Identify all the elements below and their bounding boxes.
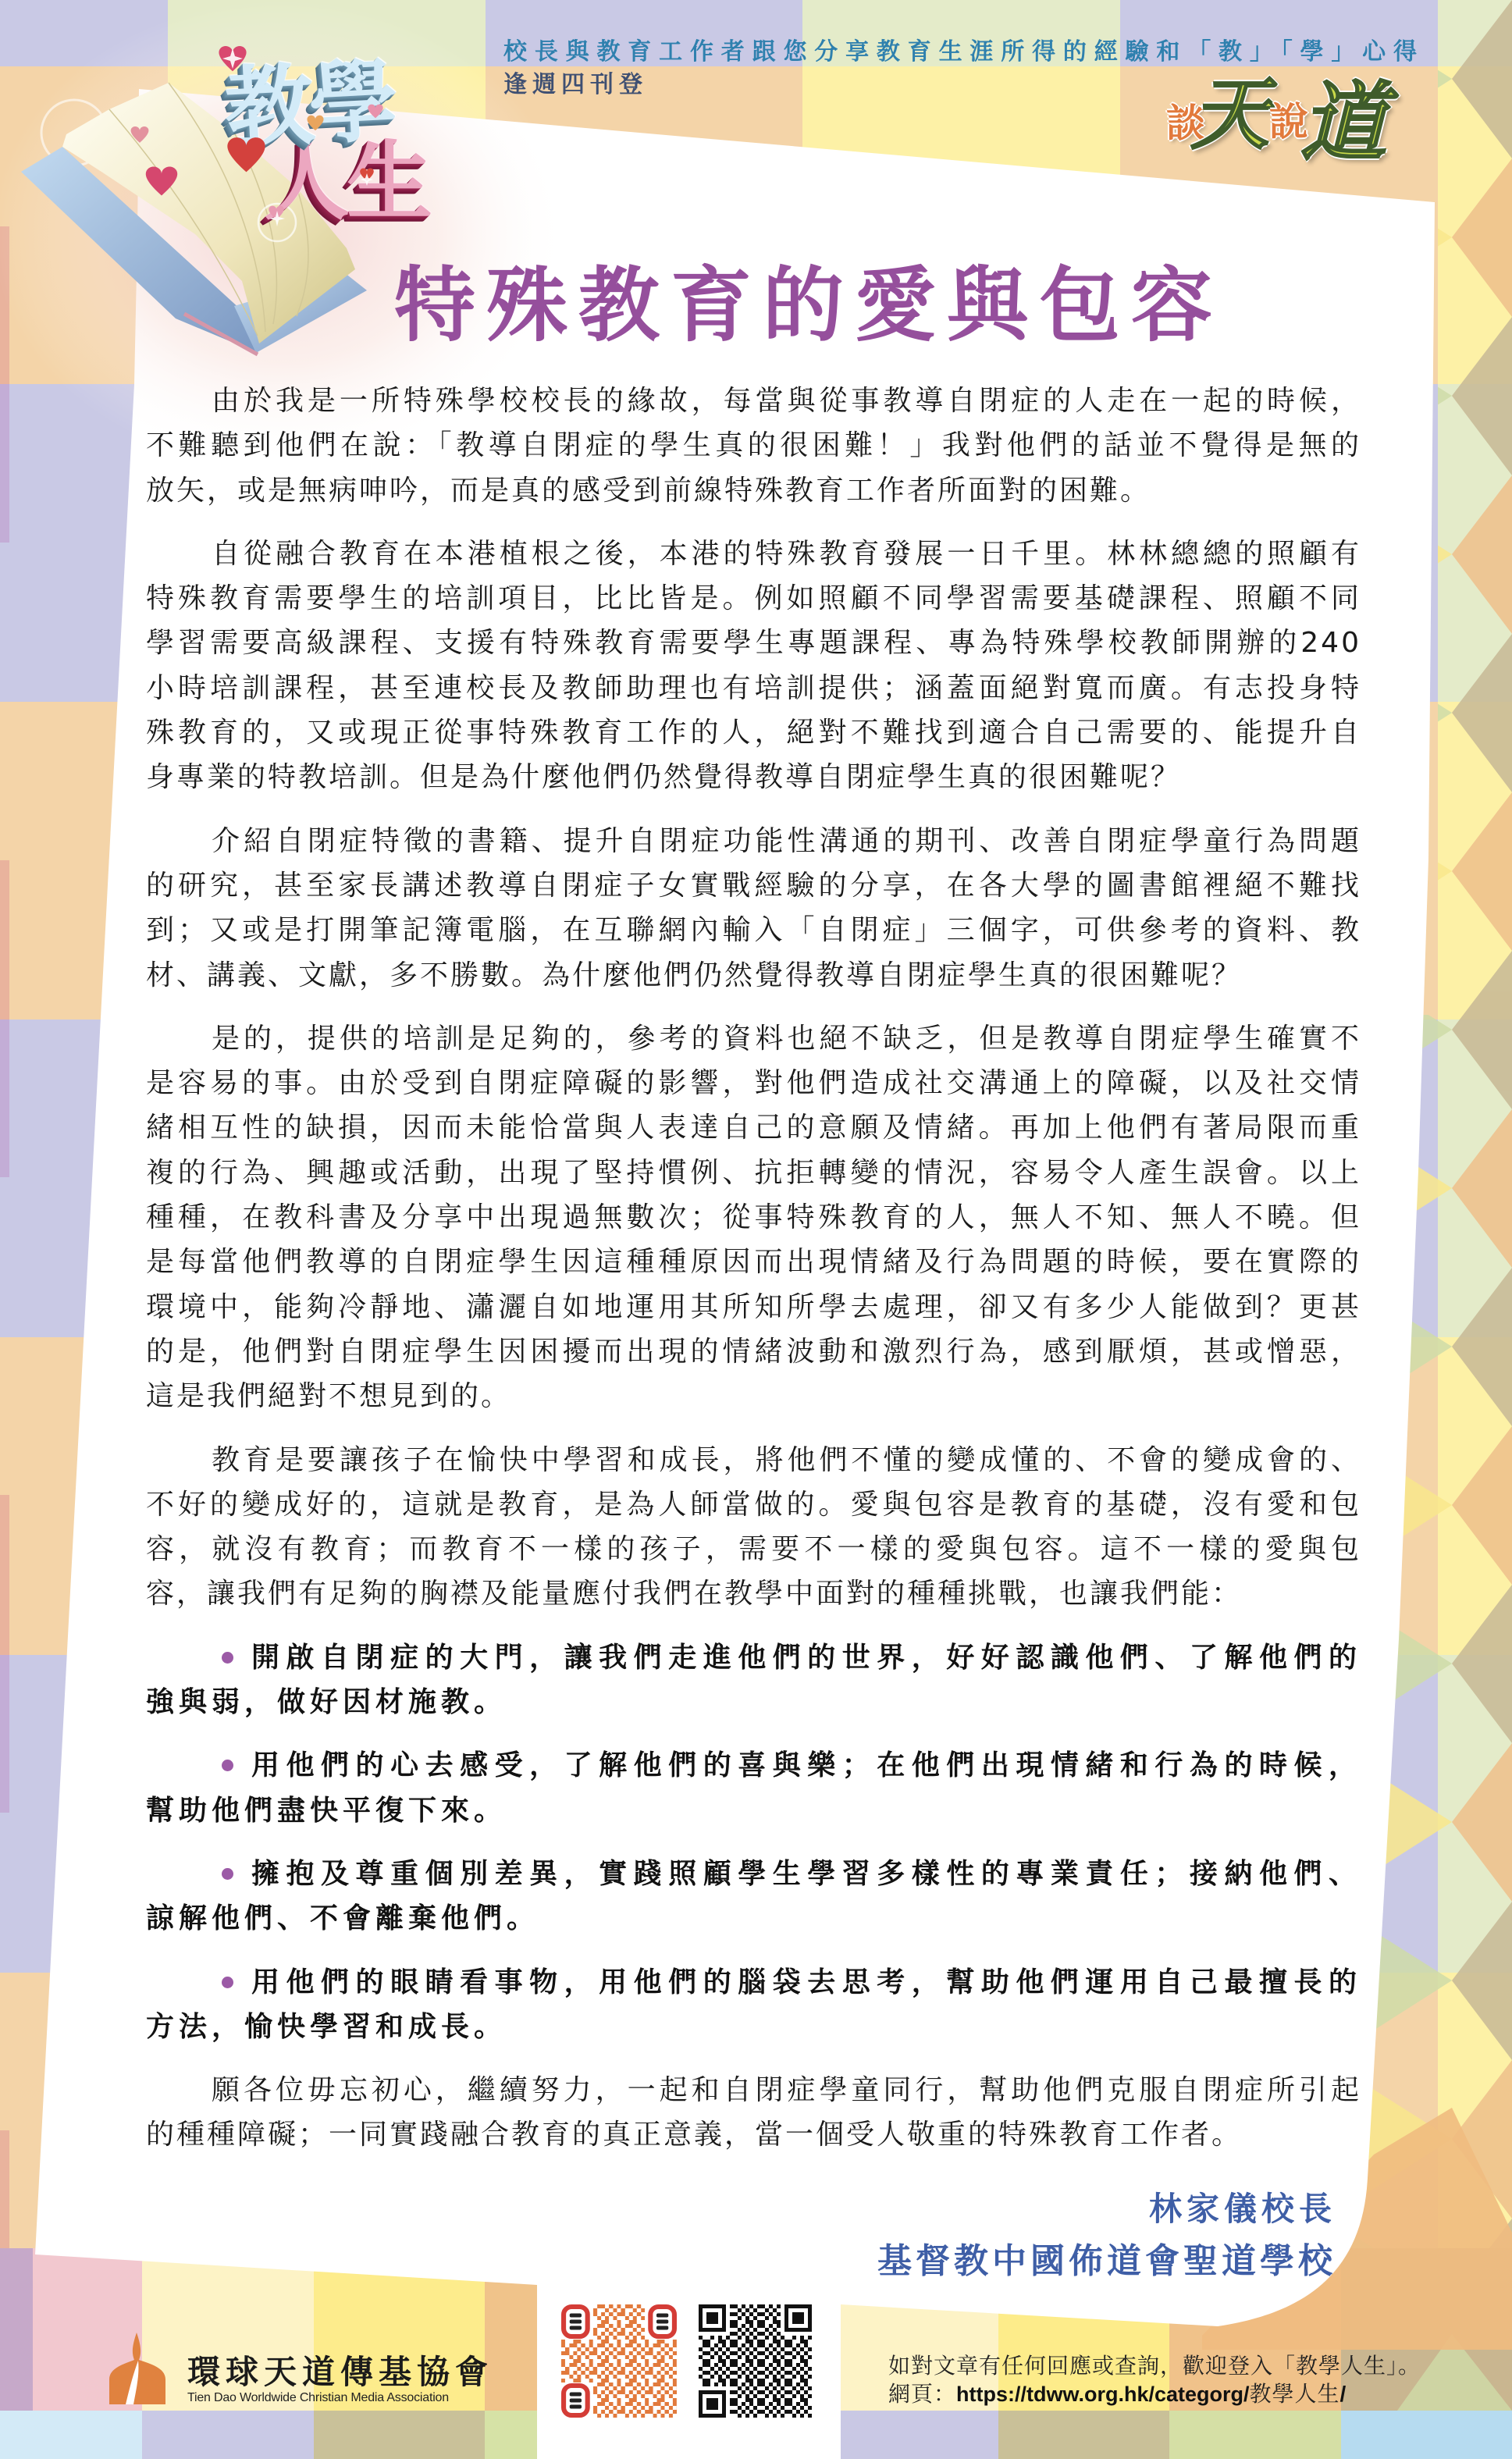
- text-line: 殊教育的，又或現正從事特殊教育工作的人，絕對不難找到適合自己需要的、能提升自: [146, 710, 1361, 755]
- tdww-flame-logo-icon: [109, 2333, 165, 2404]
- bullet-dot-icon: [222, 1977, 233, 1988]
- paragraph-4: 是的，提供的培訓是足夠的，參考的資料也絕不缺乏，但是教導自閉症學生確實不 是容易…: [146, 1016, 1361, 1419]
- article-body: 由於我是一所特殊學校校長的緣故，每當與從事教導自閉症的人走在一起的時候， 不難聽…: [146, 379, 1361, 2158]
- text-line: 願各位毋忘初心，繼續努力，一起和自閉症學童同行，幫助他們克服自閉症所引起: [146, 2068, 1361, 2112]
- heart-icon: [227, 137, 265, 172]
- text-line: 由於我是一所特殊學校校長的緣故，每當與從事教導自閉症的人走在一起的時候，: [146, 379, 1361, 423]
- text-line: 自從融合教育在本港植根之後，本港的特殊教育發展一日千里。林林總總的照顧有: [146, 532, 1361, 576]
- contact-website: 網頁：https://tdww.org.hk/categorg/教學人生/: [888, 2381, 1347, 2407]
- text-line: 的研究，甚至家長講述教導自閉症子女實戰經驗的分享，在各大學的圖書館裡絕不難找: [146, 863, 1361, 908]
- bullet-dot-icon: [222, 1652, 233, 1664]
- series-logo-char-4: 道: [1300, 73, 1386, 172]
- heart-icon: [146, 166, 177, 195]
- publish-schedule: 逢週四刊登: [503, 72, 648, 98]
- bullet-item-3: 擁抱及尊重個別差異，實踐照顧學生學習多樣性的專業責任；接納他們、 諒解他們、不會…: [146, 1852, 1361, 1941]
- text-line: 是每當他們教導的自閉症學生因這種種原因而出現情緒及行為問題的時候，要在實際的: [146, 1240, 1361, 1284]
- org-name-english: Tien Dao Worldwide Christian Media Assoc…: [187, 2391, 449, 2405]
- text-line: 緒相互性的缺損，因而未能恰當與人表達自己的意願及情緒。再加上他們有著局限而重: [146, 1105, 1361, 1150]
- text-line: 這是我們絕對不想見到的。: [146, 1374, 1361, 1418]
- bullet-dot-icon: [222, 1868, 233, 1880]
- bullet-text: 方法，愉快學習和成長。: [146, 2005, 1361, 2049]
- bullet-text: 擁抱及尊重個別差異，實踐照顧學生學習多樣性的專業責任；接納他們、: [251, 1852, 1361, 1896]
- bullet-item-1: 開啟自閉症的大門，讓我們走進他們的世界，好好認識他們、了解他們的 強與弱，做好因…: [146, 1635, 1361, 1725]
- org-name-chinese: 環球天道傳基協會: [187, 2354, 493, 2390]
- heart-icon: [307, 116, 323, 130]
- author-school: 基督教中國佈道會聖道學校: [877, 2240, 1336, 2283]
- text-line: 的是，他們對自閉症學生因困擾而出現的情緒波動和激烈行為，感到厭煩，甚或憎惡，: [146, 1329, 1361, 1374]
- bullet-dot-icon: [222, 1760, 233, 1771]
- text-line: 容，就沒有教育；而教育不一樣的孩子，需要不一樣的愛與包容。這不一樣的愛與包: [146, 1527, 1361, 1571]
- bullet-text: 幫助他們盡快平復下來。: [146, 1788, 1361, 1833]
- text-line: 教育是要讓孩子在愉快中學習和成長，將他們不懂的變成懂的、不會的變成會的、: [146, 1438, 1361, 1482]
- text-line: 放矢，或是無病呻吟，而是真的感受到前線特殊教育工作者所面對的困難。: [146, 468, 1361, 513]
- text-line: 種種，在教科書及分享中出現過無數次；從事特殊教育的人，無人不知、無人不曉。但: [146, 1195, 1361, 1240]
- qr-code-orange: [561, 2304, 677, 2418]
- bullet-first-line: 擁抱及尊重個別差異，實踐照顧學生學習多樣性的專業責任；接納他們、: [146, 1852, 1361, 1896]
- text-line: 容，讓我們有足夠的胸襟及能量應付我們在教學中面對的種種挑戰，也讓我們能：: [146, 1571, 1361, 1616]
- paragraph-5: 教育是要讓孩子在愉快中學習和成長，將他們不懂的變成懂的、不會的變成會的、 不好的…: [146, 1438, 1361, 1617]
- text-line: 的種種障礙；一同實踐融合教育的真正意義，當一個受人敬重的特殊教育工作者。: [146, 2112, 1361, 2157]
- bullet-text: 強與弱，做好因材施教。: [146, 1680, 1361, 1724]
- website-label: 網頁：: [888, 2381, 956, 2407]
- text-line: 複的行為、興趣或活動，出現了堅持慣例、抗拒轉變的情況，容易令人產生誤會。以上: [146, 1151, 1361, 1195]
- text-line: 是容易的事。由於受到自閉症障礙的影響，對他們造成社交溝通上的障礙，以及社交情: [146, 1061, 1361, 1105]
- article-title: 特殊教育的愛與包容: [394, 262, 1222, 348]
- bullet-first-line: 用他們的心去感受，了解他們的喜與樂；在他們出現情緒和行為的時候，: [146, 1743, 1361, 1788]
- website-url: https://tdww.org.hk/categorg/: [956, 2382, 1250, 2406]
- website-url-path: 教學人生: [1250, 2381, 1340, 2407]
- text-line: 不好的變成好的，這就是教育，是為人師當做的。愛與包容是教育的基礎，沒有愛和包: [146, 1482, 1361, 1527]
- text-line: 是的，提供的培訓是足夠的，參考的資料也絕不缺乏，但是教導自閉症學生確實不: [146, 1016, 1361, 1061]
- author-name: 林家儀校長: [1149, 2189, 1336, 2229]
- qr-code-black: [699, 2304, 812, 2418]
- column-tagline: 校長與教育工作者跟您分享教育生涯所得的經驗和「教」「學」心得: [503, 39, 1423, 66]
- text-line: 身專業的特教培訓。但是為什麼他們仍然覺得教導自閉症學生真的很困難呢？: [146, 755, 1361, 799]
- paragraph-2: 自從融合教育在本港植根之後，本港的特殊教育發展一日千里。林林總總的照顧有 特殊教…: [146, 532, 1361, 800]
- sparkle-icon: [222, 48, 373, 226]
- bullet-item-2: 用他們的心去感受，了解他們的喜與樂；在他們出現情緒和行為的時候， 幫助他們盡快平…: [146, 1743, 1361, 1833]
- bullet-text: 用他們的心去感受，了解他們的喜與樂；在他們出現情緒和行為的時候，: [251, 1743, 1361, 1788]
- series-logo-char-2: 天: [1191, 69, 1269, 159]
- bullet-text: 用他們的眼睛看事物，用他們的腦袋去思考，幫助他們運用自己最擅長的: [251, 1960, 1361, 2005]
- contact-prompt: 如對文章有任何回應或查詢，歡迎登入「教學人生」。: [888, 2353, 1421, 2379]
- heart-icon: [131, 126, 149, 143]
- text-line: 材、講義、文獻，多不勝數。為什麼他們仍然覺得教導自閉症學生真的很困難呢？: [146, 953, 1361, 998]
- bullet-text: 開啟自閉症的大門，讓我們走進他們的世界，好好認識他們、了解他們的: [251, 1635, 1361, 1680]
- paragraph-3: 介紹自閉症特徵的書籍、提升自閉症功能性溝通的期刊、改善自閉症學童行為問題 的研究…: [146, 819, 1361, 998]
- bullet-first-line: 用他們的眼睛看事物，用他們的腦袋去思考，幫助他們運用自己最擅長的: [146, 1960, 1361, 2005]
- bullet-item-4: 用他們的眼睛看事物，用他們的腦袋去思考，幫助他們運用自己最擅長的 方法，愉快學習…: [146, 1960, 1361, 2050]
- website-url-end: /: [1340, 2382, 1347, 2406]
- bullet-text: 諒解他們、不會離棄他們。: [146, 1896, 1361, 1941]
- closing-paragraph: 願各位毋忘初心，繼續努力，一起和自閉症學童同行，幫助他們克服自閉症所引起 的種種…: [146, 2068, 1361, 2158]
- bullet-first-line: 開啟自閉症的大門，讓我們走進他們的世界，好好認識他們、了解他們的: [146, 1635, 1361, 1680]
- text-line: 學習需要高級課程、支援有特殊教育需要學生專題課程、專為特殊學校教師開辦的240: [146, 621, 1361, 665]
- text-line: 特殊教育需要學生的培訓項目，比比皆是。例如照顧不同學習需要基礎課程、照顧不同: [146, 576, 1361, 621]
- text-line: 介紹自閉症特徵的書籍、提升自閉症功能性溝通的期刊、改善自閉症學童行為問題: [146, 819, 1361, 863]
- heart-icon: [368, 105, 382, 119]
- text-line: 到；又或是打開筆記簿電腦，在互聯網內輸入「自閉症」三個字，可供參考的資料、教: [146, 908, 1361, 952]
- text-line: 不難聽到他們在說：「教導自閉症的學生真的很困難！」我對他們的話並不覺得是無的: [146, 423, 1361, 468]
- text-line: 小時培訓課程，甚至連校長及教師助理也有培訓提供；涵蓋面絕對寬而廣。有志投身特: [146, 666, 1361, 710]
- text-line: 環境中，能夠冷靜地、瀟灑自如地運用其所知所學去處理，卻又有多少人能做到？更甚: [146, 1285, 1361, 1329]
- paragraph-1: 由於我是一所特殊學校校長的緣故，每當與從事教導自閉症的人走在一起的時候， 不難聽…: [146, 379, 1361, 513]
